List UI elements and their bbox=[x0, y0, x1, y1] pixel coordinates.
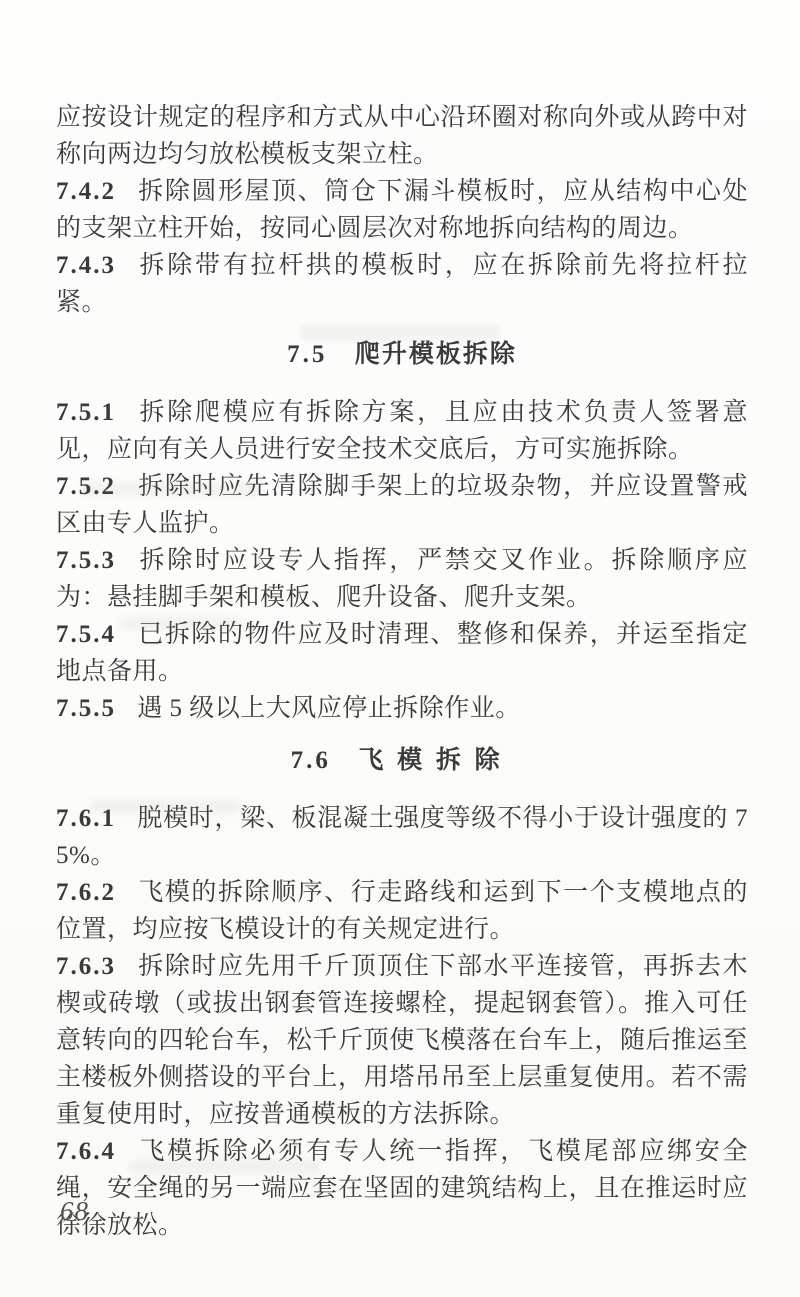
clause-text: 拆除时应设专人指挥，严禁交叉作业。拆除顺序应为：悬挂脚手架和模板、爬升设备、爬升… bbox=[56, 547, 748, 611]
clause-number: 7.4.2 bbox=[56, 178, 116, 205]
section-heading-7-6: 7.6飞模拆除 bbox=[56, 743, 748, 779]
section-title: 飞模拆除 bbox=[358, 747, 513, 774]
page-number: 68 bbox=[60, 1196, 89, 1227]
clause-text: 拆除爬模应有拆除方案，且应由技术负责人签署意见，应向有关人员进行安全技术交底后，… bbox=[56, 399, 748, 463]
clause-7-5-4: 7.5.4已拆除的物件应及时清理、整修和保养，并运至指定地点备用。 bbox=[56, 616, 748, 690]
clause-7-5-1: 7.5.1拆除爬模应有拆除方案，且应由技术负责人签署意见，应向有关人员进行安全技… bbox=[56, 394, 748, 468]
clause-7-6-1: 7.6.1脱模时，梁、板混凝土强度等级不得小于设计强度的 75%。 bbox=[56, 800, 748, 874]
clause-7-4-2: 7.4.2拆除圆形屋顶、筒仓下漏斗模板时，应从结构中心处的支架立柱开始，按同心圆… bbox=[56, 173, 748, 247]
clause-number: 7.4.3 bbox=[56, 252, 116, 279]
clause-number: 7.6.4 bbox=[56, 1138, 116, 1165]
clause-text: 拆除时应先用千斤顶顶住下部水平连接管，再拆去木楔或砖墩（或拔出钢套管连接螺栓，提… bbox=[56, 953, 748, 1128]
clause-text: 拆除带有拉杆拱的模板时，应在拆除前先将拉杆拉紧。 bbox=[56, 252, 748, 316]
clause-7-6-4: 7.6.4飞模拆除必须有专人统一指挥，飞模尾部应绑安全绳，安全绳的另一端应套在坚… bbox=[56, 1133, 748, 1244]
clause-number: 7.5.5 bbox=[56, 695, 116, 722]
document-page: 应按设计规定的程序和方式从中心沿环圈对称向外或从跨中对称向两边均匀放松模板支架立… bbox=[0, 0, 800, 1297]
section-title: 爬升模板拆除 bbox=[355, 341, 517, 368]
clause-7-5-5: 7.5.5遇 5 级以上大风应停止拆除作业。 bbox=[56, 690, 748, 727]
clause-7-4-3: 7.4.3拆除带有拉杆拱的模板时，应在拆除前先将拉杆拉紧。 bbox=[56, 247, 748, 321]
clause-number: 7.5.4 bbox=[56, 621, 116, 648]
clause-text: 拆除圆形屋顶、筒仓下漏斗模板时，应从结构中心处的支架立柱开始，按同心圆层次对称地… bbox=[56, 178, 748, 242]
clause-number: 7.5.3 bbox=[56, 547, 116, 574]
clause-number: 7.5.1 bbox=[56, 399, 116, 426]
section-number: 7.5 bbox=[287, 341, 327, 368]
clause-number: 7.6.1 bbox=[56, 805, 116, 832]
clause-text: 飞模拆除必须有专人统一指挥，飞模尾部应绑安全绳，安全绳的另一端应套在坚固的建筑结… bbox=[56, 1138, 748, 1239]
clause-text: 飞模的拆除顺序、行走路线和运到下一个支模地点的位置，均应按飞模设计的有关规定进行… bbox=[56, 879, 748, 943]
clause-7-5-2: 7.5.2拆除时应先清除脚手架上的垃圾杂物，并应设置警戒区由专人监护。 bbox=[56, 468, 748, 542]
clause-text: 脱模时，梁、板混凝土强度等级不得小于设计强度的 75%。 bbox=[56, 805, 748, 869]
clause-text: 拆除时应先清除脚手架上的垃圾杂物，并应设置警戒区由专人监护。 bbox=[56, 473, 748, 537]
section-number: 7.6 bbox=[291, 747, 331, 774]
clause-number: 7.5.2 bbox=[56, 473, 116, 500]
paragraph-intro-continuation: 应按设计规定的程序和方式从中心沿环圈对称向外或从跨中对称向两边均匀放松模板支架立… bbox=[56, 99, 748, 173]
clause-7-5-3: 7.5.3拆除时应设专人指挥，严禁交叉作业。拆除顺序应为：悬挂脚手架和模板、爬升… bbox=[56, 542, 748, 616]
clause-text: 遇 5 级以上大风应停止拆除作业。 bbox=[137, 695, 521, 722]
clause-text: 已拆除的物件应及时清理、整修和保养，并运至指定地点备用。 bbox=[56, 621, 748, 685]
clause-7-6-3: 7.6.3拆除时应先用千斤顶顶住下部水平连接管，再拆去木楔或砖墩（或拔出钢套管连… bbox=[56, 948, 748, 1133]
section-heading-7-5: 7.5爬升模板拆除 bbox=[56, 337, 748, 373]
clause-number: 7.6.2 bbox=[56, 879, 116, 906]
clause-7-6-2: 7.6.2飞模的拆除顺序、行走路线和运到下一个支模地点的位置，均应按飞模设计的有… bbox=[56, 874, 748, 948]
clause-number: 7.6.3 bbox=[56, 953, 116, 980]
